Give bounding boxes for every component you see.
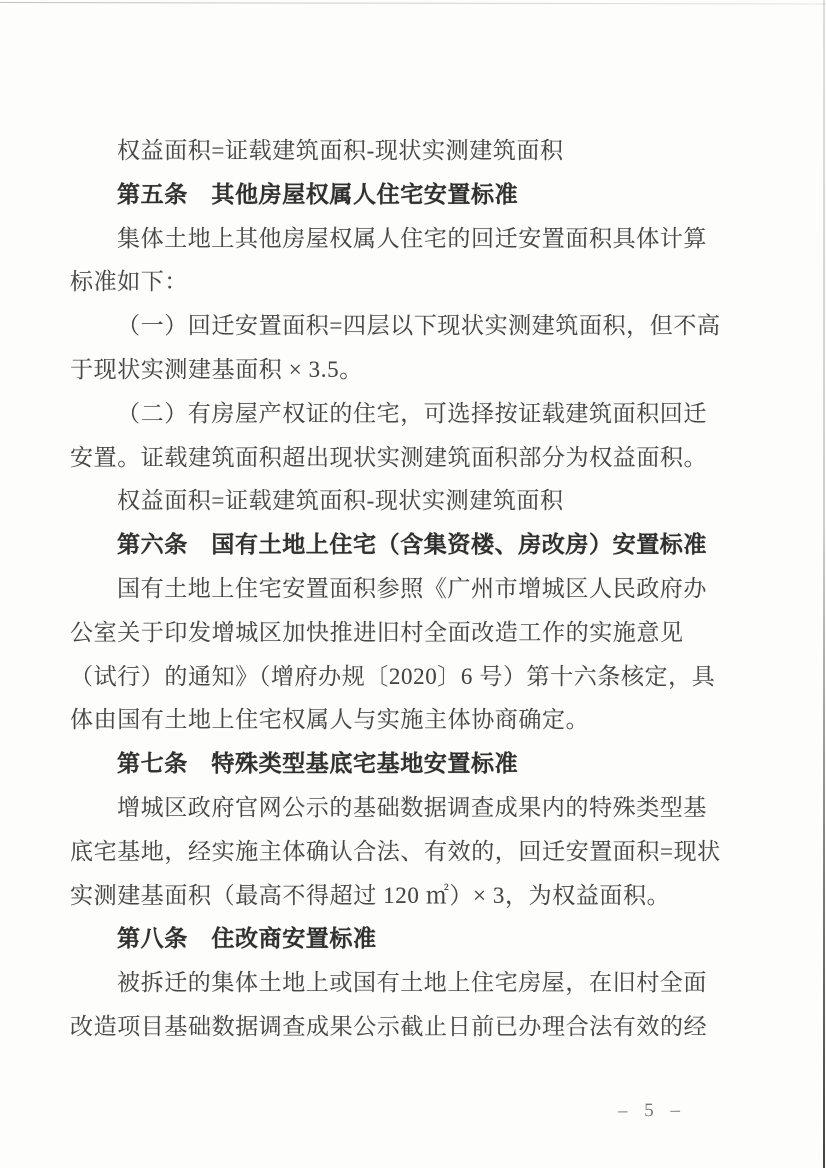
text-line: 标准如下： <box>70 260 760 304</box>
document-page: 权益面积=证载建筑面积-现状实测建筑面积第五条 其他房屋权属人住宅安置标准集体土… <box>0 0 826 1168</box>
text-line: 改造项目基础数据调查成果公示截止日前已办理合法有效的经 <box>70 1005 760 1049</box>
text-line: 被拆迁的集体土地上或国有土地上住宅房屋，在旧村全面 <box>70 961 760 1005</box>
scan-edge-right-line <box>823 0 825 1168</box>
text-line: （试行）的通知》（增府办规〔2020〕6 号）第十六条核定，具 <box>70 655 760 699</box>
article-heading: 第五条 其他房屋权属人住宅安置标准 <box>70 173 760 217</box>
text-line: 国有土地上住宅安置面积参照《广州市增城区人民政府办 <box>70 567 760 611</box>
text-line: 权益面积=证载建筑面积-现状实测建筑面积 <box>70 129 760 173</box>
text-line: 于现状实测建基面积 × 3.5。 <box>70 348 760 392</box>
text-line: 实测建基面积（最高不得超过 120 ㎡）× 3，为权益面积。 <box>70 874 760 918</box>
page-number: – 5 – <box>618 1100 686 1122</box>
article-heading: 第七条 特殊类型基底宅基地安置标准 <box>70 742 760 786</box>
scan-edge-top-line <box>0 2 826 4</box>
text-line: 集体土地上其他房屋权属人住宅的回迁安置面积具体计算 <box>70 217 760 261</box>
text-line: 安置。证载建筑面积超出现状实测建筑面积部分为权益面积。 <box>70 436 760 480</box>
document-content: 权益面积=证载建筑面积-现状实测建筑面积第五条 其他房屋权属人住宅安置标准集体土… <box>70 129 760 1049</box>
text-line: 权益面积=证载建筑面积-现状实测建筑面积 <box>70 479 760 523</box>
text-line: 体由国有土地上住宅权属人与实施主体协商确定。 <box>70 698 760 742</box>
text-line: （二）有房屋产权证的住宅，可选择按证载建筑面积回迁 <box>70 392 760 436</box>
text-line: 增城区政府官网公示的基础数据调查成果内的特殊类型基 <box>70 786 760 830</box>
text-line: 公室关于印发增城区加快推进旧村全面改造工作的实施意见 <box>70 611 760 655</box>
article-heading: 第八条 住改商安置标准 <box>70 917 760 961</box>
text-line: （一）回迁安置面积=四层以下现状实测建筑面积，但不高 <box>70 304 760 348</box>
text-line: 底宅基地，经实施主体确认合法、有效的，回迁安置面积=现状 <box>70 830 760 874</box>
article-heading: 第六条 国有土地上住宅（含集资楼、房改房）安置标准 <box>70 523 760 567</box>
page-footer: – 5 – <box>592 1099 712 1122</box>
